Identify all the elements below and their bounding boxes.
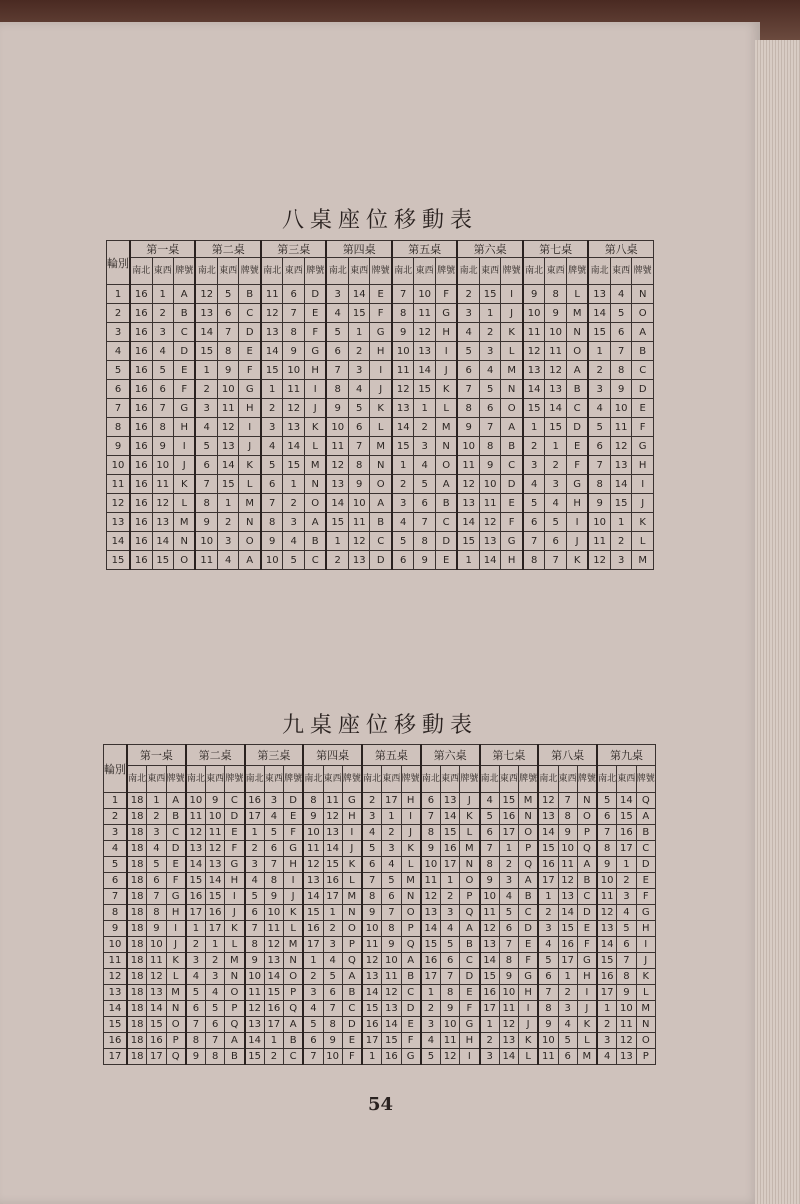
board-set: N [636,1017,656,1033]
board-set: H [577,969,597,985]
ew-pair: 11 [441,1033,460,1049]
ew-pair: 13 [617,1049,636,1065]
ew-pair: 9 [382,937,401,953]
board-set: N [304,475,326,494]
board-set: I [342,825,362,841]
ew-pair: 2 [545,456,566,475]
ew-pair: 9 [323,1033,342,1049]
table-header-row: 輪別第一桌第二桌第三桌第四桌第五桌第六桌第七桌第八桌 [107,241,654,258]
ew-pair: 14 [147,1001,166,1017]
ns-pair: 10 [362,921,382,937]
ew-pair: 12 [206,841,225,857]
board-set: J [401,825,421,841]
ns-pair: 11 [186,809,206,825]
ew-pair: 6 [323,985,342,1001]
ew-pair: 8 [414,532,435,551]
board-set-header: 牌號 [577,766,597,793]
board-set: E [632,399,654,418]
board-set: N [173,532,195,551]
board-set: I [239,418,261,437]
ew-pair: 1 [218,494,239,513]
board-set: O [501,399,523,418]
ns-pair: 14 [303,889,323,905]
ns-pair: 9 [523,285,545,304]
board-set: I [284,873,304,889]
ew-pair-header: 東西 [147,766,166,793]
round-number: 15 [107,551,131,570]
board-set-header: 牌號 [304,258,326,285]
ew-pair: 15 [152,551,173,570]
ns-pair: 11 [245,985,265,1001]
ew-pair: 8 [147,905,166,921]
ew-pair: 17 [323,889,342,905]
ew-pair: 9 [206,793,225,809]
board-set: E [566,437,588,456]
ew-pair: 4 [147,841,166,857]
ew-pair: 16 [499,809,518,825]
board-set: B [632,342,654,361]
ns-pair: 7 [326,361,348,380]
board-set: H [636,921,656,937]
ns-pair: 15 [480,969,500,985]
board-set: N [566,323,588,342]
ew-pair: 6 [414,494,435,513]
ew-pair: 3 [499,873,518,889]
ew-pair: 6 [479,399,500,418]
ns-pair: 5 [362,841,382,857]
ew-pair: 1 [499,841,518,857]
ns-pair: 15 [597,953,617,969]
board-set: K [632,513,654,532]
ew-pair: 7 [414,513,435,532]
board-set: P [636,1049,656,1065]
board-set: O [401,905,421,921]
board-set: I [460,1049,480,1065]
table-number-header: 第六桌 [457,241,522,258]
ns-pair: 12 [195,285,217,304]
board-set: I [577,985,597,1001]
ns-pair: 10 [538,1033,558,1049]
board-set: C [239,304,261,323]
board-set: E [225,825,245,841]
ns-pair: 18 [127,1001,147,1017]
board-set: F [636,889,656,905]
ew-pair: 11 [147,953,166,969]
ew-pair: 4 [441,921,460,937]
ns-pair-header: 南北 [538,766,558,793]
ew-pair: 2 [414,418,435,437]
board-set: N [342,905,362,921]
ew-pair: 9 [147,921,166,937]
ns-pair: 17 [538,873,558,889]
ns-pair: 9 [421,841,441,857]
ew-pair: 9 [348,475,369,494]
ew-pair: 9 [545,304,566,323]
board-set: J [460,793,480,809]
ns-pair: 16 [245,793,265,809]
board-set: M [239,494,261,513]
ns-pair-header: 南北 [421,766,441,793]
ew-pair: 14 [499,1049,518,1065]
board-set: K [342,857,362,873]
board-set: Q [401,937,421,953]
round-number: 4 [107,342,131,361]
board-set: M [173,513,195,532]
board-set: Q [284,1001,304,1017]
table8-title: 八桌座位移動表 [0,203,760,234]
ew-pair: 4 [264,809,283,825]
round-number: 7 [104,889,128,905]
ns-pair-header: 南北 [362,766,382,793]
board-set: M [225,953,245,969]
ew-pair: 3 [218,532,239,551]
ew-pair: 7 [617,953,636,969]
board-set: B [304,532,326,551]
table-row: 1161A125B116D314E710F215I98L134N [107,285,654,304]
board-set: K [435,380,457,399]
ns-pair: 4 [186,969,206,985]
ew-pair: 5 [348,399,369,418]
board-set: O [370,475,392,494]
board-set: E [636,873,656,889]
ns-pair: 16 [130,380,152,399]
board-set: D [636,857,656,873]
ns-pair: 2 [597,1017,617,1033]
ns-pair: 15 [457,532,479,551]
ew-pair: 14 [558,905,577,921]
ns-pair: 7 [538,985,558,1001]
ns-pair: 2 [303,969,323,985]
board-set: N [460,857,480,873]
table-number-header: 第九桌 [597,745,656,766]
board-set: B [519,889,539,905]
round-number: 3 [104,825,128,841]
ns-pair: 3 [261,418,283,437]
ew-pair: 8 [323,1017,342,1033]
board-set: B [225,1049,245,1065]
ew-pair: 13 [152,513,173,532]
board-set: O [342,921,362,937]
ew-pair: 6 [283,285,304,304]
board-set: L [225,937,245,953]
ew-pair: 16 [264,1001,283,1017]
ew-pair: 12 [617,1033,636,1049]
ns-pair-header: 南北 [195,258,217,285]
board-set: H [173,418,195,437]
board-set: A [632,323,654,342]
table-number-header: 第五桌 [362,745,421,766]
ew-pair: 15 [441,825,460,841]
board-set: E [239,342,261,361]
ew-pair: 5 [479,380,500,399]
board-set: M [577,1049,597,1065]
board-set: G [460,1017,480,1033]
ew-pair: 2 [499,857,518,873]
ew-pair: 8 [152,418,173,437]
ns-pair: 5 [261,456,283,475]
board-set: M [284,937,304,953]
board-set: C [566,399,588,418]
ns-pair: 5 [597,793,617,809]
board-set: C [284,1049,304,1065]
table-row: 151615O114A105C213D69E114H87K123M [107,551,654,570]
board-set: M [166,985,186,1001]
ns-pair: 9 [326,399,348,418]
ew-pair: 4 [323,953,342,969]
ns-pair: 16 [130,418,152,437]
ew-pair: 1 [610,513,631,532]
ns-pair: 7 [597,825,617,841]
table-row: 141814N65P1216Q47C1513D29F1711I83J110M [104,1001,656,1017]
board-set: H [239,399,261,418]
board-set-header: 牌號 [166,766,186,793]
ns-pair: 18 [127,953,147,969]
ew-pair: 15 [382,1033,401,1049]
board-set: L [304,437,326,456]
ns-pair: 5 [245,889,265,905]
ew-pair: 15 [323,857,342,873]
ew-pair: 3 [558,1001,577,1017]
board-set: A [173,285,195,304]
board-set: K [460,809,480,825]
ns-pair: 11 [421,873,441,889]
ew-pair: 8 [283,323,304,342]
table-row: 111611K715L61N139O25A1210D43G814I [107,475,654,494]
board-set: F [566,456,588,475]
ns-pair: 13 [421,905,441,921]
ns-pair: 16 [303,921,323,937]
ns-pair: 4 [538,937,558,953]
table-row: 111811K32M913N14Q1210A166C148F517G157J [104,953,656,969]
ew-pair: 14 [617,793,636,809]
ns-pair: 13 [186,841,206,857]
ns-pair: 3 [597,1033,617,1049]
board-set: K [370,399,392,418]
table-row: 131613M92N83A1511B47C1412F65I101K [107,513,654,532]
ew-pair: 15 [545,418,566,437]
table-row: 161816P87A141B69E1715F411H213K105L312O [104,1033,656,1049]
ew-pair: 11 [558,857,577,873]
ew-pair: 13 [545,380,566,399]
ew-pair: 15 [264,985,283,1001]
ew-pair: 15 [147,1017,166,1033]
board-set: J [304,399,326,418]
ns-pair: 15 [523,399,545,418]
ns-pair: 6 [186,1001,206,1017]
ns-pair: 2 [480,1033,500,1049]
ew-pair: 1 [323,905,342,921]
ew-pair: 7 [441,969,460,985]
ew-pair-header: 東西 [264,766,283,793]
board-set: G [342,793,362,809]
board-set: K [566,551,588,570]
ew-pair: 9 [152,437,173,456]
ew-pair: 11 [479,494,500,513]
ns-pair: 16 [130,437,152,456]
board-set: A [566,361,588,380]
ew-pair: 17 [382,793,401,809]
ns-pair-header: 南北 [523,258,545,285]
round-header: 輪別 [107,241,131,285]
board-set: O [304,494,326,513]
ns-pair: 16 [362,1017,382,1033]
ew-pair: 8 [206,1049,225,1065]
ns-pair: 7 [362,873,382,889]
ns-pair: 7 [457,380,479,399]
board-set: Q [342,953,362,969]
ew-pair: 14 [323,841,342,857]
ew-pair: 3 [414,437,435,456]
ew-pair: 12 [610,437,631,456]
board-set: I [225,889,245,905]
board-set: I [435,342,457,361]
ew-pair: 16 [147,1033,166,1049]
ns-pair: 10 [392,342,414,361]
ns-pair: 15 [538,841,558,857]
ns-pair: 2 [245,841,265,857]
ew-pair: 10 [152,456,173,475]
board-set: G [636,905,656,921]
ew-pair: 12 [348,532,369,551]
board-set: A [435,475,457,494]
ns-pair: 18 [127,825,147,841]
ew-pair: 12 [323,809,342,825]
ew-pair: 4 [499,889,518,905]
board-set: P [284,985,304,1001]
board-set: I [304,380,326,399]
board-set: F [460,1001,480,1017]
round-number: 10 [107,456,131,475]
ew-pair: 11 [206,825,225,841]
ns-pair: 6 [523,513,545,532]
board-set: L [435,399,457,418]
board-set-header: 牌號 [239,258,261,285]
ns-pair: 16 [130,456,152,475]
ns-pair: 12 [245,1001,265,1017]
round-number: 1 [104,793,128,809]
board-set: O [225,985,245,1001]
ew-pair: 15 [617,809,636,825]
board-set: I [173,437,195,456]
ns-pair: 14 [597,937,617,953]
ns-pair: 11 [523,323,545,342]
board-set: G [632,437,654,456]
ew-pair: 3 [147,825,166,841]
board-set: A [460,921,480,937]
ns-pair: 6 [195,456,217,475]
board-set: J [577,1001,597,1017]
ns-pair-header: 南北 [303,766,323,793]
board-set: C [501,456,523,475]
ns-pair: 15 [392,437,414,456]
ew-pair: 1 [348,323,369,342]
round-number: 2 [104,809,128,825]
board-set: G [519,969,539,985]
ns-pair: 8 [326,380,348,399]
ew-pair: 13 [610,456,631,475]
ew-pair: 7 [323,1001,342,1017]
table-row: 5185E1413G37H1215K64L1017N82Q1611A91D [104,857,656,873]
ns-pair: 15 [186,873,206,889]
board-set: L [401,857,421,873]
ns-pair: 16 [130,551,152,570]
ew-pair: 10 [264,905,283,921]
ns-pair: 13 [392,399,414,418]
ew-pair: 15 [499,793,518,809]
ns-pair: 17 [303,937,323,953]
table-row: 151815O76Q1317A58D1614E310G112J94K211N [104,1017,656,1033]
board-set: A [636,809,656,825]
ew-pair: 3 [323,937,342,953]
board-set: C [370,532,392,551]
table-row: 2182B1110D174E912H31I714K516N138O615A [104,809,656,825]
ns-pair: 18 [127,809,147,825]
ew-pair: 5 [558,1033,577,1049]
ns-pair-header: 南北 [480,766,500,793]
ns-pair: 18 [127,937,147,953]
ns-pair: 10 [261,551,283,570]
board-set: K [173,475,195,494]
board-set: L [566,285,588,304]
ew-pair: 12 [479,513,500,532]
ew-pair: 13 [441,793,460,809]
ew-pair-header: 東西 [617,766,636,793]
ns-pair: 1 [303,953,323,969]
ew-pair: 10 [545,323,566,342]
ew-pair: 3 [441,905,460,921]
ew-pair-header: 東西 [610,258,631,285]
ns-pair-header: 南北 [457,258,479,285]
round-number: 16 [104,1033,128,1049]
ns-pair: 1 [538,889,558,905]
ew-pair: 17 [441,857,460,873]
ns-pair: 6 [245,905,265,921]
round-number: 11 [107,475,131,494]
board-set: G [401,1049,421,1065]
ns-pair-header: 南北 [326,258,348,285]
ew-pair: 10 [283,361,304,380]
ew-pair: 6 [152,380,173,399]
board-set: A [304,513,326,532]
ns-pair: 14 [480,953,500,969]
table-row: 131813M54O1115P36B1412C18E1610H72I179L [104,985,656,1001]
ew-pair: 2 [617,873,636,889]
board-set-header: 牌號 [173,258,195,285]
ew-pair: 12 [264,937,283,953]
ns-pair: 6 [538,969,558,985]
ew-pair: 11 [264,921,283,937]
ew-pair: 13 [348,551,369,570]
ew-pair: 3 [610,551,631,570]
round-number: 11 [104,953,128,969]
board-set-header: 牌號 [636,766,656,793]
ns-pair: 14 [523,380,545,399]
round-number: 8 [107,418,131,437]
ew-pair: 10 [558,841,577,857]
ns-pair: 13 [457,494,479,513]
ns-pair: 14 [362,985,382,1001]
ns-pair: 18 [127,985,147,1001]
ew-pair: 4 [218,551,239,570]
board-set: H [225,873,245,889]
board-set: L [460,825,480,841]
ew-pair: 13 [283,418,304,437]
ew-pair: 15 [348,304,369,323]
table-row: 171817Q98B152C710F116G512I314L116M413P [104,1049,656,1065]
nine-table-movement-chart: 輪別第一桌第二桌第三桌第四桌第五桌第六桌第七桌第八桌第九桌南北東西牌號南北東西牌… [103,744,656,1065]
ew-pair: 4 [382,857,401,873]
ew-pair: 14 [382,1017,401,1033]
